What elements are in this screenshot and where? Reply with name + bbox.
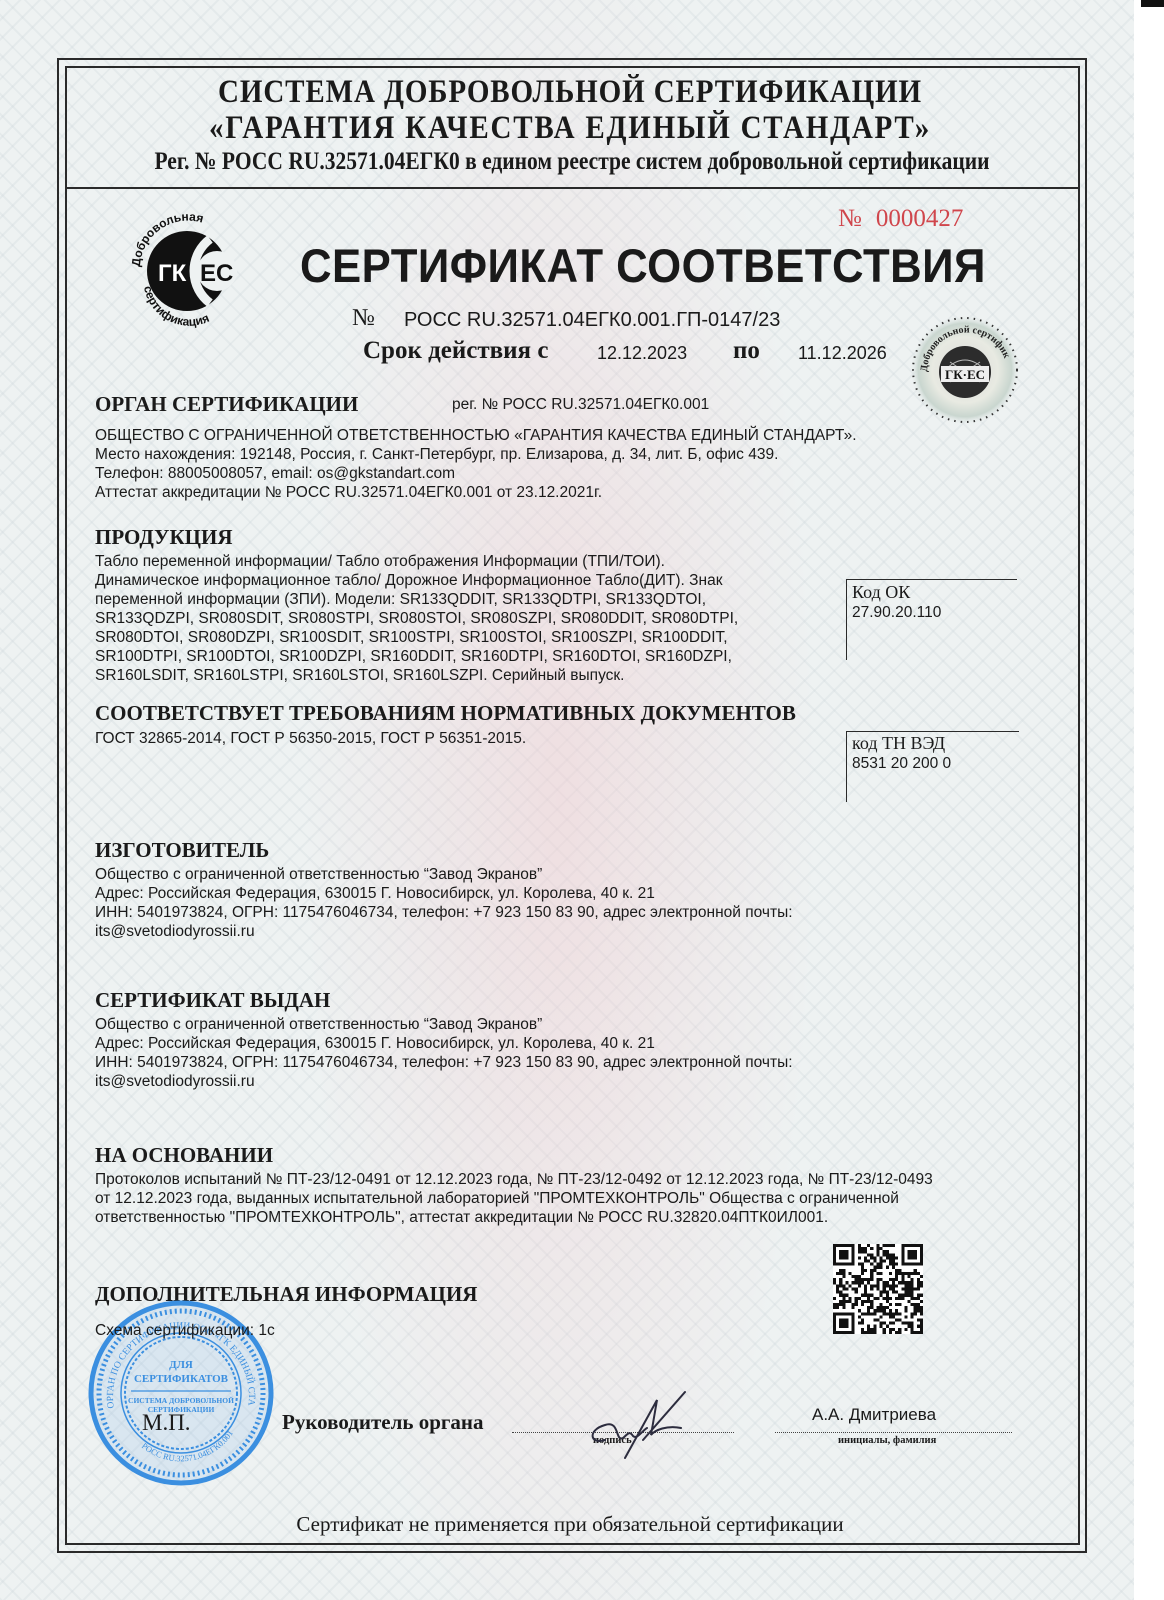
- svg-text:ЕС: ЕС: [200, 260, 233, 287]
- blank-number-value: 0000427: [876, 205, 964, 232]
- products-line: Динамическое информационное табло/ Дорож…: [95, 571, 723, 590]
- validity-to-label: по: [733, 337, 760, 365]
- blank-number: №0000427: [838, 205, 963, 233]
- issued-to-line: its@svetodiodyrossii.ru: [95, 1072, 255, 1091]
- gkes-logo-icon: ГК ЕС Добровольная сертификация: [122, 205, 252, 335]
- products-line: Табло переменной информации/ Табло отобр…: [95, 552, 665, 571]
- normative-text: ГОСТ 32865-2014, ГОСТ Р 56350-2015, ГОСТ…: [95, 729, 526, 748]
- manufacturer-line: Адрес: Российская Федерация, 630015 Г. Н…: [95, 884, 655, 903]
- qr-code-icon: [833, 1244, 923, 1334]
- valid-from-date: 12.12.2023: [597, 343, 687, 364]
- products-line: SR133QDZPI, SR080SDIT, SR080STPI, SR080S…: [95, 609, 738, 628]
- certification-scheme: Схема сертификации: 1с: [95, 1322, 275, 1340]
- header-divider: [67, 187, 1078, 189]
- products-line: SR080DTOI, SR080DZPI, SR100SDIT, SR100ST…: [95, 628, 728, 647]
- code-ok-value: 27.90.20.110: [852, 604, 941, 622]
- issued-to-line: Адрес: Российская Федерация, 630015 Г. Н…: [95, 1034, 655, 1053]
- validity-label: Срок действия с: [363, 337, 548, 365]
- basis-heading: НА ОСНОВАНИИ: [95, 1143, 273, 1168]
- certification-body-heading: ОРГАН СЕРТИФИКАЦИИ: [95, 392, 358, 417]
- signature-icon: [585, 1380, 705, 1460]
- products-line: SR160LSDIT, SR160LSTPI, SR160LSTOI, SR16…: [95, 666, 624, 685]
- issued-to-line: Общество с ограниченной ответственностью…: [95, 1015, 542, 1034]
- code-tnved-label: код ТН ВЭД: [852, 733, 945, 754]
- basis-line: от 12.12.2023 года, выданных испытательн…: [95, 1189, 899, 1208]
- manufacturer-heading: ИЗГОТОВИТЕЛЬ: [95, 838, 269, 863]
- system-registry-line: Рег. № РОСС RU.32571.04ЕГК0 в едином рее…: [80, 148, 1064, 176]
- code-tnved-value: 8531 20 200 0: [852, 755, 951, 773]
- svg-text:ДЛЯ: ДЛЯ: [169, 1359, 193, 1371]
- svg-text:СИСТЕМА ДОБРОВОЛЬНОЙ: СИСТЕМА ДОБРОВОЛЬНОЙ: [128, 1396, 234, 1405]
- valid-to-date: 11.12.2026: [798, 343, 887, 364]
- certification-body-line: Аттестат аккредитации № РОСС RU.32571.04…: [95, 483, 602, 502]
- blank-number-label: №: [838, 205, 862, 232]
- manufacturer-line: its@svetodiodyrossii.ru: [95, 922, 255, 941]
- basis-line: ответственностью "ПРОМТЕХКОНТРОЛЬ", атте…: [95, 1208, 828, 1227]
- svg-text:ГК: ГК: [158, 260, 187, 287]
- certification-body-line: ОБЩЕСТВО С ОГРАНИЧЕННОЙ ОТВЕТСТВЕННОСТЬЮ…: [95, 426, 857, 445]
- manufacturer-line: ИНН: 5401973824, ОГРН: 1175476046734, те…: [95, 903, 793, 922]
- certification-body-reg: рег. № РОСС RU.32571.04ЕГК0.001: [452, 396, 709, 414]
- mp-label: М.П.: [142, 1410, 191, 1436]
- code-ok-label: Код ОК: [852, 582, 910, 603]
- products-heading: ПРОДУКЦИЯ: [95, 525, 233, 550]
- products-line: SR100DTPI, SR100DTOI, SR100DZPI, SR160DD…: [95, 647, 732, 666]
- name-caption: инициалы, фамилия: [838, 1435, 936, 1446]
- head-of-body-label: Руководитель органа: [282, 1410, 484, 1435]
- system-title-line1: СИСТЕМА ДОБРОВОЛЬНОЙ СЕРТИФИКАЦИИ: [68, 74, 1071, 111]
- reg-number-value: РОСС RU.32571.04ЕГК0.001.ГП-0147/23: [404, 309, 780, 332]
- hologram-seal-icon: Добровольной сертификации ГК·ЕС: [905, 310, 1025, 430]
- manufacturer-line: Общество с ограниченной ответственностью…: [95, 865, 542, 884]
- certification-body-line: Место нахождения: 192148, Россия, г. Сан…: [95, 445, 778, 464]
- scan-mark: [1141, 0, 1164, 7]
- normative-heading: СООТВЕТСТВУЕТ ТРЕБОВАНИЯМ НОРМАТИВНЫХ ДО…: [95, 701, 796, 726]
- svg-text:ГК·ЕС: ГК·ЕС: [945, 367, 985, 382]
- certificate-title: СЕРТИФИКАТ СООТВЕТСТВИЯ: [300, 238, 986, 293]
- footer-note: Сертификат не применяется при обязательн…: [0, 1512, 1140, 1537]
- system-title-line2: «ГАРАНТИЯ КАЧЕСТВА ЕДИНЫЙ СТАНДАРТ»: [68, 110, 1071, 147]
- products-line: переменной информации (ЗПИ). Модели: SR1…: [95, 590, 706, 609]
- reg-number-label: №: [352, 305, 375, 332]
- svg-text:СЕРТИФИКАТОВ: СЕРТИФИКАТОВ: [134, 1373, 229, 1385]
- name-line: [775, 1432, 1012, 1433]
- scan-margin: [1134, 0, 1164, 1600]
- basis-line: Протоколов испытаний № ПТ-23/12-0491 от …: [95, 1170, 933, 1189]
- signer-name: А.А. Дмитриева: [812, 1405, 936, 1425]
- issued-to-heading: СЕРТИФИКАТ ВЫДАН: [95, 988, 330, 1013]
- certification-body-line: Телефон: 88005008057, email: os@gkstanda…: [95, 464, 455, 483]
- issued-to-line: ИНН: 5401973824, ОГРН: 1175476046734, те…: [95, 1053, 793, 1072]
